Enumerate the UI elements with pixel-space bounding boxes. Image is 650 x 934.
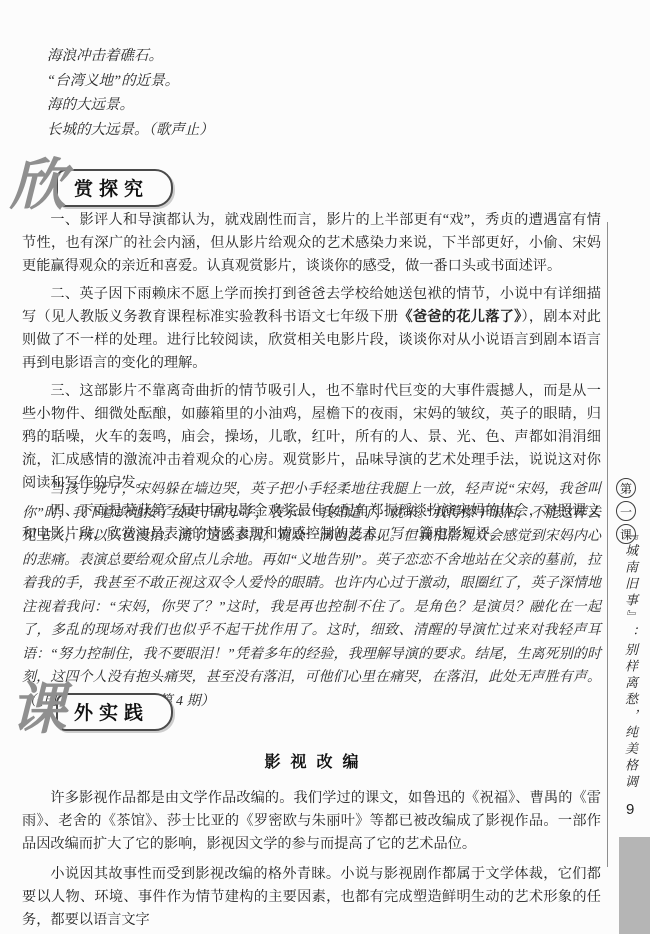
practice-title: 影视改编 (22, 749, 601, 772)
practice-paragraphs: 许多影视作品都是由文学作品改编的。我们学过的课文，如鲁迅的《祝福》、曹禺的《雷雨… (22, 787, 601, 934)
sidebar-vertical-book-title: 『城南旧事』：别样离愁，纯美格调 (621, 527, 640, 807)
practice-paragraph-1: 许多影视作品都是由文学作品改编的。我们学过的课文，如鲁迅的《祝福》、曹禺的《雷雨… (22, 787, 601, 856)
practice-paragraph-2: 小说因其故事性而受到影视改编的格外青睐。小说与影视剧作都属于文学体裁，它们都要以… (22, 863, 601, 932)
script-line: 海浪冲击着礁石。 (47, 44, 587, 69)
page-edge-tab (619, 837, 650, 934)
question-item-2: 二、英子因下雨赖床不愿上学而挨打到爸爸去学校给她送包袱的情节，小说中有详细描写（… (22, 283, 601, 375)
appreciation-section-label: 赏探究 (56, 169, 173, 207)
actor-reflection-quote: 当孩子死了，宋妈躲在墙边哭，英子把小手轻柔地往我腿上一放，轻声说“宋妈，我爸叫你… (22, 478, 601, 713)
lesson-badge-char: 第 (616, 478, 636, 498)
practice-initial-calligraphy: 课 (10, 680, 66, 740)
question-2-book-title: 《爸爸的花儿落了》 (398, 309, 521, 325)
practice-section-label: 外实践 (56, 693, 173, 731)
appreciation-initial-calligraphy: 欣 (10, 156, 66, 216)
sidebar-divider-line (607, 222, 608, 867)
practice-section-header: 课 外实践 (10, 684, 310, 746)
opening-script: 海浪冲击着礁石。 “台湾义地”的近景。 海的大远景。 长城的大远景。（歌声止） (47, 44, 587, 142)
script-line: 海的大远景。 (47, 93, 587, 118)
script-line: 长城的大远景。（歌声止） (47, 118, 587, 143)
lesson-badge-char: 一 (616, 501, 636, 521)
question-item-1: 一、影评人和导演都认为，就戏剧性而言，影片的上半部更有“戏”，秀贞的遭遇富有情节… (22, 209, 601, 278)
page-number: 9 (626, 801, 634, 818)
script-line: “台湾义地”的近景。 (47, 69, 587, 94)
